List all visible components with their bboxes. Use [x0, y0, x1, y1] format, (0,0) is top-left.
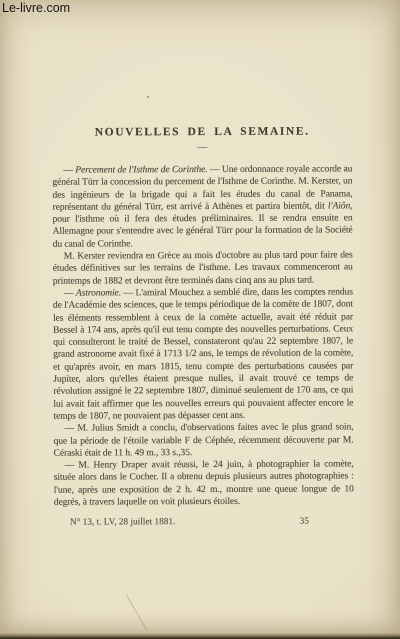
text-segment: — [64, 288, 76, 299]
text-segment-italic: Astronomie. [76, 287, 121, 298]
scanned-page-photo: Le-livre.com NOUVELLES DE LA SEMAINE. — … [0, 0, 400, 639]
book-bottom-edge [0, 633, 400, 639]
text-segment: — L'amiral Mouchez a semblé dire, dans l… [53, 286, 353, 421]
page-footer: N° 13, t. LV, 28 juillet 1881. 35 [54, 517, 354, 528]
text-segment: — [63, 165, 75, 176]
paper-scratch [126, 595, 147, 630]
title-dash: — [52, 142, 352, 153]
paper-speck [147, 96, 149, 98]
watermark-text: Le-livre.com [2, 1, 70, 15]
text-segment: M. Kerster reviendra en Grèce au mois d'… [53, 249, 353, 286]
text-segment-italic: l'Aiôn [328, 200, 350, 211]
paragraph-astronomie: — Astronomie. — L'amiral Mouchez a sembl… [53, 286, 354, 423]
paragraph-smidt: — M. Julius Smidt a conclu, d'observatio… [53, 422, 353, 460]
paragraph-percement-corinthe: — Percement de l'Isthme de Corinthe. — U… [52, 163, 352, 250]
journal-page-content: NOUVELLES DE LA SEMAINE. — — Percement d… [52, 125, 354, 528]
page-number: 35 [300, 517, 309, 527]
paragraph-draper: — M. Henry Draper avait réussi, le 24 ju… [54, 458, 354, 508]
text-segment-italic: Percement de l'Isthme de Corinthe. [75, 164, 207, 176]
text-segment: — M. Henry Draper avait réussi, le 24 ju… [54, 458, 354, 507]
paragraph-kerster: M. Kerster reviendra en Grèce au mois d'… [53, 249, 353, 287]
issue-line: N° 13, t. LV, 28 juillet 1881. [70, 517, 176, 527]
article-body: — Percement de l'Isthme de Corinthe. — U… [52, 163, 353, 509]
text-segment: — M. Julius Smidt a conclu, d'observatio… [53, 422, 353, 459]
page-title: NOUVELLES DE LA SEMAINE. [52, 125, 352, 138]
